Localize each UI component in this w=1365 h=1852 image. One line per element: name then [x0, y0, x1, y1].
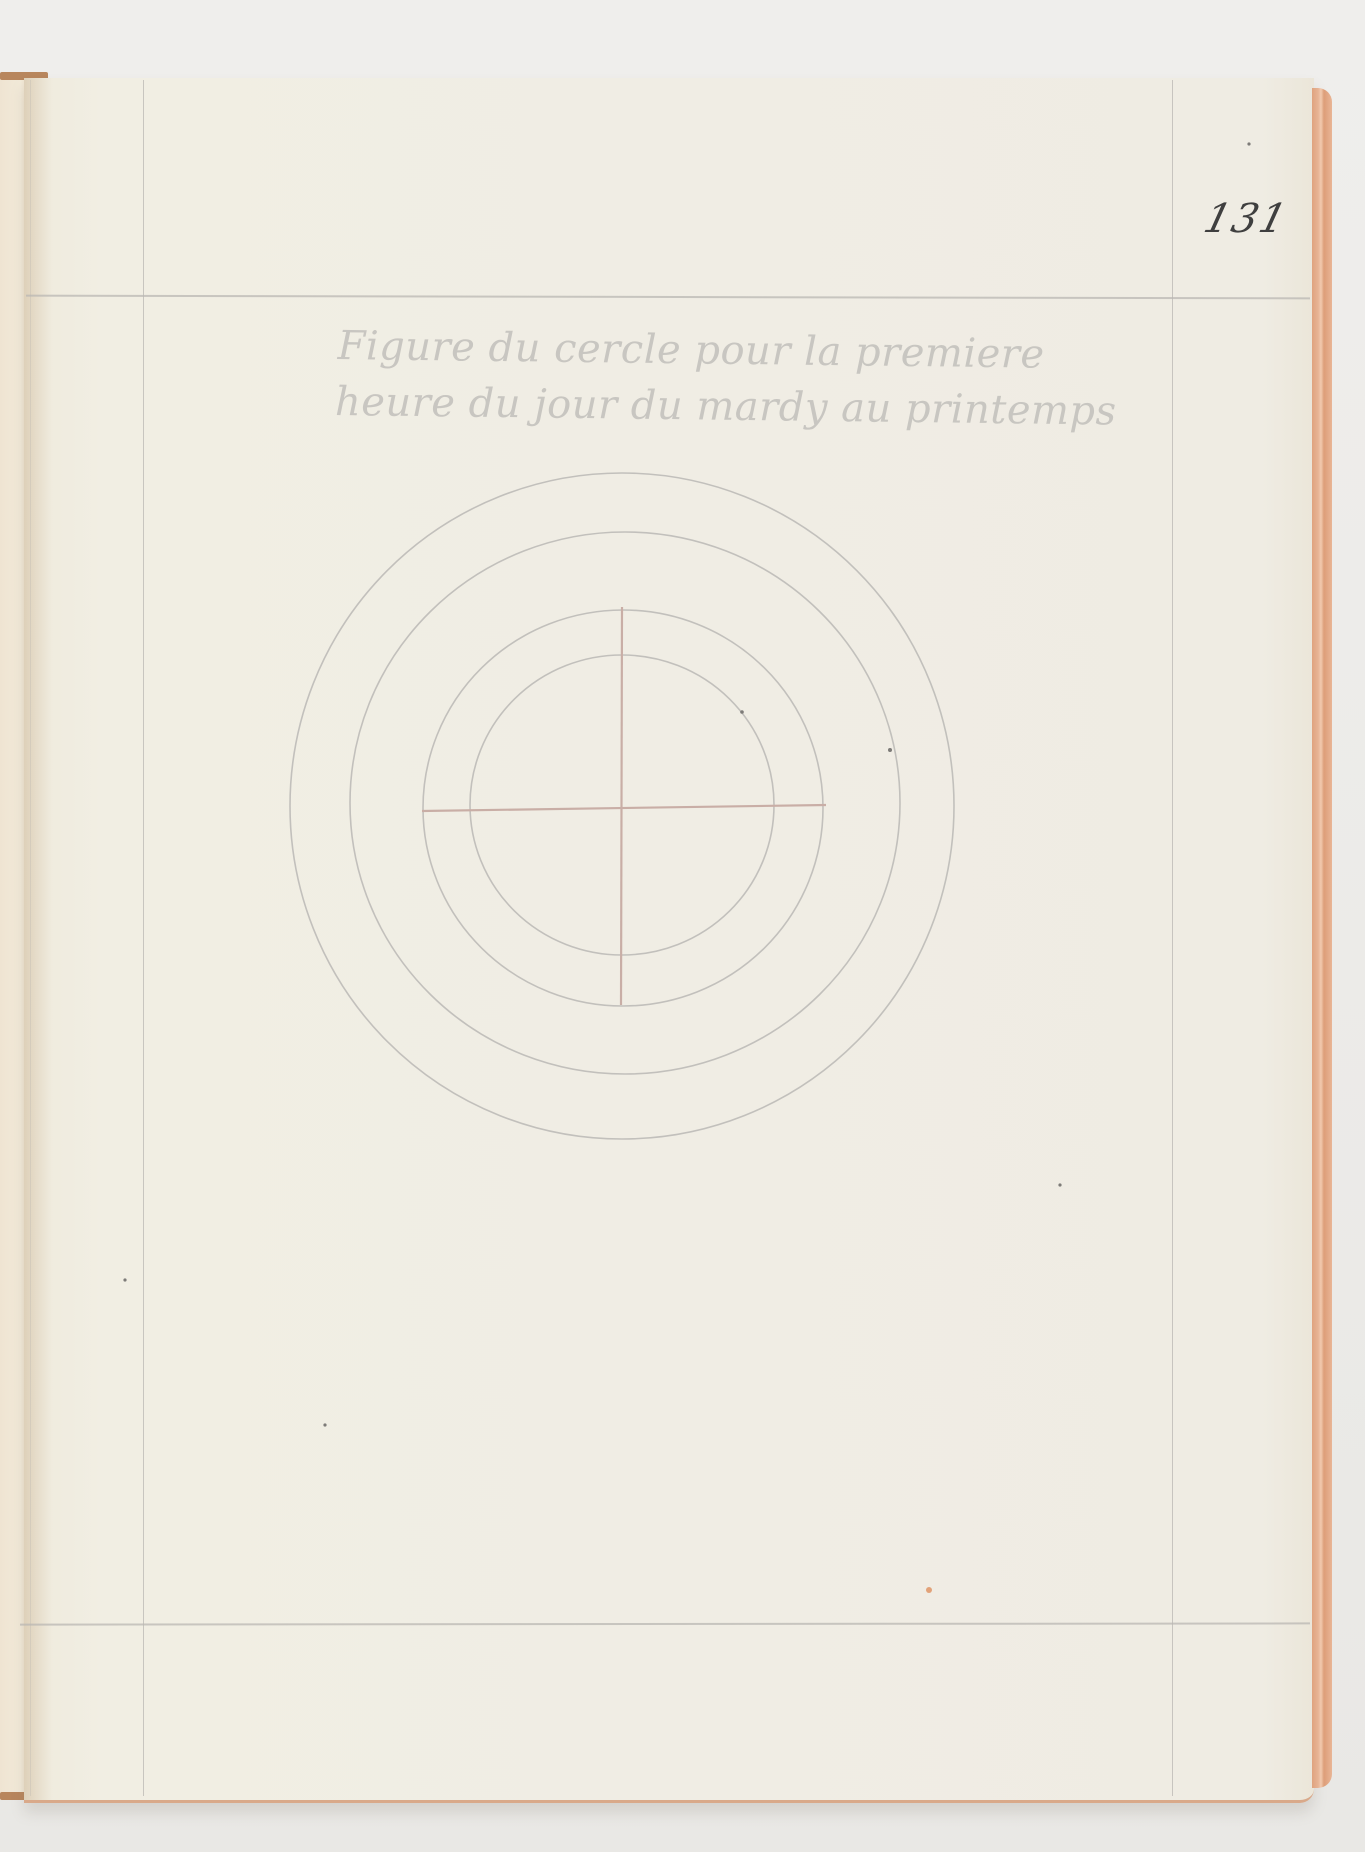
ink-dot — [323, 1423, 326, 1426]
concentric-circle-diagram — [0, 0, 1365, 1852]
ink-dot — [123, 1278, 126, 1281]
third-circle — [350, 532, 900, 1074]
ink-dot — [740, 710, 744, 714]
horizontal-diameter — [422, 805, 826, 811]
ink-dot — [888, 748, 892, 752]
ink-dot — [1058, 1183, 1061, 1186]
vertical-diameter — [621, 607, 622, 1005]
paper-stain — [926, 1587, 932, 1593]
ink-dot — [1247, 142, 1250, 145]
